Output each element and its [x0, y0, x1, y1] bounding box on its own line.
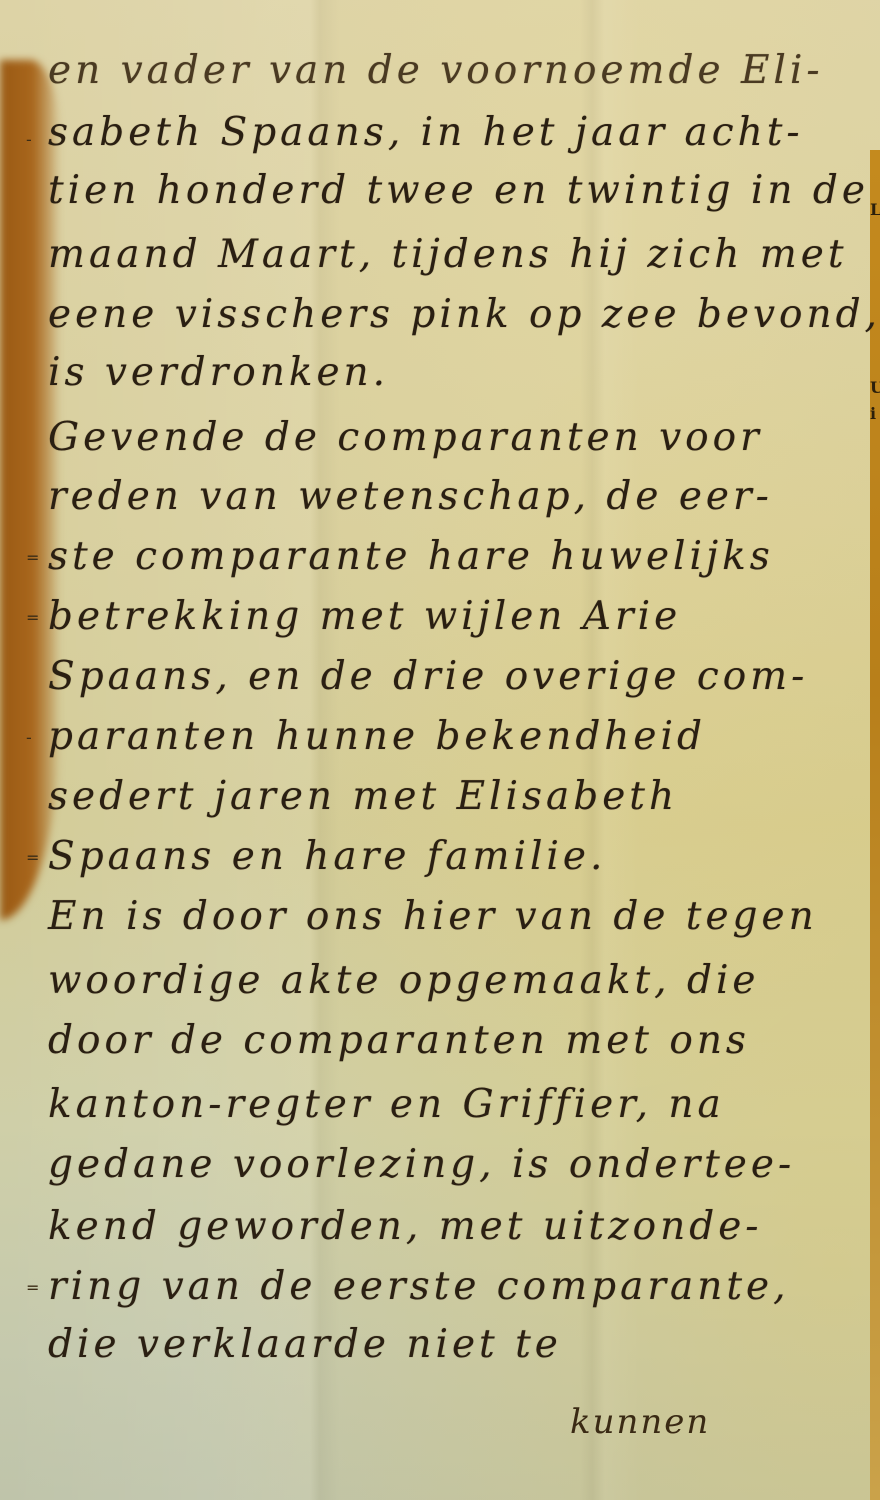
text-line: maand Maart, tijdens hij zich met	[48, 232, 848, 277]
text-line: reden van wetenschap, de eer-	[48, 474, 773, 519]
text-line: is verdronken.	[48, 350, 389, 395]
text-line: sabeth Spaans, in het jaar acht-	[48, 110, 804, 155]
underlying-page-edge	[870, 150, 880, 1500]
text-line: Spaans en hare familie.	[48, 834, 606, 879]
margin-mark: -	[26, 130, 32, 149]
text-line: Spaans, en de drie overige com-	[48, 654, 808, 699]
margin-mark: =	[26, 848, 39, 867]
text-line: Gevende de comparanten voor	[48, 415, 763, 460]
text-line: ste comparante hare huwelijks	[48, 534, 774, 579]
text-line: eene visschers pink op zee bevond,	[48, 292, 880, 337]
text-line: die verklaarde niet te	[48, 1322, 562, 1367]
text-line: tien honderd twee en twintig in de	[48, 168, 869, 213]
text-line: sedert jaren met Elisabeth	[48, 774, 678, 819]
text-line: gedane voorlezing, is ondertee-	[48, 1142, 795, 1187]
text-line: paranten hunne bekendheid	[48, 714, 706, 759]
text-line: kend geworden, met uitzonde-	[48, 1204, 762, 1249]
edge-glyph: U	[870, 378, 880, 397]
text-line: kanton-regter en Griffier, na	[48, 1082, 725, 1127]
text-line: betrekking met wijlen Arie	[48, 594, 681, 639]
margin-mark: =	[26, 1278, 39, 1297]
text-line: ring van de eerste comparante,	[48, 1264, 790, 1309]
margin-mark: =	[26, 548, 39, 567]
text-line: woordige akte opgemaakt, die	[48, 958, 760, 1003]
edge-glyph: L	[870, 200, 880, 219]
catchword: kunnen	[570, 1402, 710, 1442]
document-page: L U i - = = - = = en vader van de voorno…	[0, 0, 880, 1500]
edge-glyph: i	[870, 404, 880, 423]
margin-mark: -	[26, 728, 32, 747]
text-line: En is door ons hier van de tegen	[48, 894, 818, 939]
text-line: door de comparanten met ons	[48, 1018, 750, 1063]
text-line: en vader van de voornoemde Eli-	[48, 48, 824, 93]
margin-mark: =	[26, 608, 39, 627]
